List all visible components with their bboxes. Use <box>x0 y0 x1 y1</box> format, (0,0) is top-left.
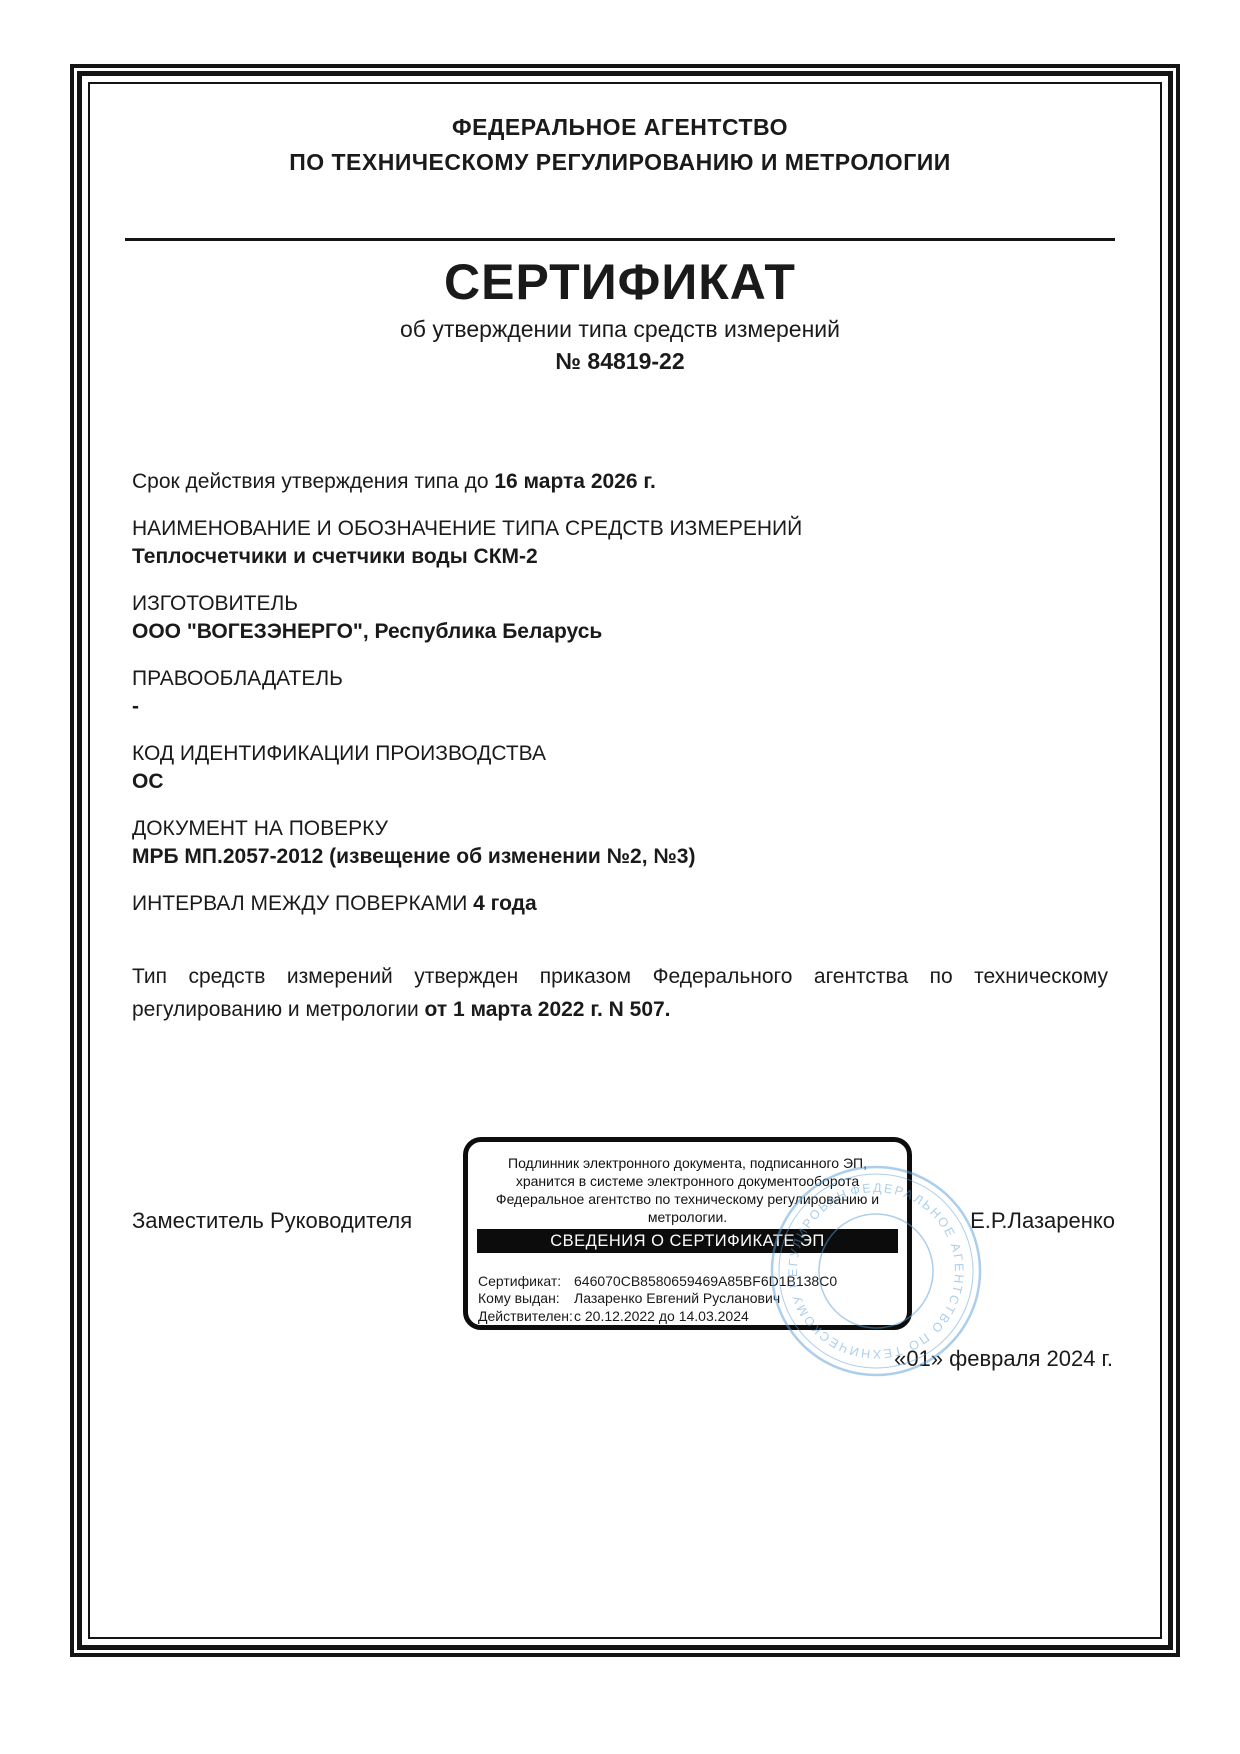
stamp-notice-line3: Федеральное агентство по техническому ре… <box>468 1190 907 1208</box>
field-manufacturer-label: ИЗГОТОВИТЕЛЬ <box>132 590 1108 618</box>
document-title: СЕРТИФИКАТ <box>132 253 1108 311</box>
stamp-notice-line2: хранится в системе электронного документ… <box>468 1172 907 1190</box>
field-verification-document: ДОКУМЕНТ НА ПОВЕРКУ МРБ МП.2057-2012 (из… <box>132 815 1108 871</box>
field-rights-holder-value: - <box>132 693 1108 721</box>
field-verification-interval: ИНТЕРВАЛ МЕЖДУ ПОВЕРКАМИ 4 года <box>132 890 1108 918</box>
certificate-page: { "header": { "line1": "ФЕДЕРАЛЬНОЕ АГЕН… <box>0 0 1240 1754</box>
agency-header-line2: ПО ТЕХНИЧЕСКОМУ РЕГУЛИРОВАНИЮ И МЕТРОЛОГ… <box>132 145 1108 180</box>
certificate-number: № 84819-22 <box>132 346 1108 376</box>
header-divider <box>125 238 1115 241</box>
stamp-row-issued-to: Кому выдан: Лазаренко Евгений Русланович <box>478 1290 907 1307</box>
field-production-code: КОД ИДЕНТИФИКАЦИИ ПРОИЗВОДСТВА ОС <box>132 740 1108 796</box>
field-rights-holder: ПРАВООБЛАДАТЕЛЬ - <box>132 665 1108 721</box>
stamp-certificate-value: 646070CB8580659469A85BF6D1B138C0 <box>574 1273 837 1290</box>
field-type-name-value: Теплосчетчики и счетчики воды СКМ-2 <box>132 543 1108 571</box>
document-subtitle: об утверждении типа средств измерений <box>132 314 1108 344</box>
stamp-notice-line4: метрологии. <box>468 1208 907 1226</box>
signatory-position: Заместитель Руководителя <box>132 1208 412 1234</box>
certificate-fields: Срок действия утверждения типа до 16 мар… <box>132 468 1108 918</box>
field-validity-label: Срок действия утверждения типа до <box>132 470 489 493</box>
field-manufacturer-value: ООО "ВОГЕЗЭНЕРГО", Республика Беларусь <box>132 618 1108 646</box>
field-production-code-value: ОС <box>132 768 1108 796</box>
field-verification-document-label: ДОКУМЕНТ НА ПОВЕРКУ <box>132 815 1108 843</box>
agency-header-line1: ФЕДЕРАЛЬНОЕ АГЕНТСТВО <box>132 110 1108 145</box>
field-validity-value: 16 марта 2026 г. <box>494 470 656 493</box>
field-production-code-label: КОД ИДЕНТИФИКАЦИИ ПРОИЗВОДСТВА <box>132 740 1108 768</box>
field-verification-document-value: МРБ МП.2057-2012 (извещение об изменении… <box>132 843 1108 871</box>
stamp-row-valid: Действителен: с 20.12.2022 до 14.03.2024 <box>478 1308 907 1325</box>
stamp-row-certificate: Сертификат: 646070CB8580659469A85BF6D1B1… <box>478 1273 907 1290</box>
agency-header: ФЕДЕРАЛЬНОЕ АГЕНТСТВО ПО ТЕХНИЧЕСКОМУ РЕ… <box>132 110 1108 180</box>
field-manufacturer: ИЗГОТОВИТЕЛЬ ООО "ВОГЕЗЭНЕРГО", Республи… <box>132 590 1108 646</box>
field-rights-holder-label: ПРАВООБЛАДАТЕЛЬ <box>132 665 1108 693</box>
stamp-banner: СВЕДЕНИЯ О СЕРТИФИКАТЕ ЭП <box>477 1229 898 1253</box>
stamp-valid-value: с 20.12.2022 до 14.03.2024 <box>574 1308 749 1325</box>
issue-date: «01» февраля 2024 г. <box>894 1346 1113 1372</box>
approval-paragraph: Тип средств измерений утвержден приказом… <box>132 960 1108 1026</box>
document-content: ФЕДЕРАЛЬНОЕ АГЕНТСТВО ПО ТЕХНИЧЕСКОМУ РЕ… <box>132 110 1108 1026</box>
field-validity: Срок действия утверждения типа до 16 мар… <box>132 468 1108 496</box>
field-type-name: НАИМЕНОВАНИЕ И ОБОЗНАЧЕНИЕ ТИПА СРЕДСТВ … <box>132 515 1108 571</box>
approval-paragraph-order: от 1 марта 2022 г. N 507. <box>425 998 671 1021</box>
signatory-name: Е.Р.Лазаренко <box>970 1208 1115 1234</box>
stamp-notice-line1: Подлинник электронного документа, подпис… <box>468 1154 907 1172</box>
field-verification-interval-value: 4 года <box>473 892 537 915</box>
stamp-valid-label: Действителен: <box>478 1308 574 1325</box>
stamp-details: Сертификат: 646070CB8580659469A85BF6D1B1… <box>478 1273 907 1325</box>
stamp-issued-to-label: Кому выдан: <box>478 1290 574 1307</box>
stamp-certificate-label: Сертификат: <box>478 1273 574 1290</box>
field-type-name-label: НАИМЕНОВАНИЕ И ОБОЗНАЧЕНИЕ ТИПА СРЕДСТВ … <box>132 515 1108 543</box>
stamp-issued-to-value: Лазаренко Евгений Русланович <box>574 1290 780 1307</box>
digital-signature-stamp: Подлинник электронного документа, подпис… <box>463 1137 912 1330</box>
field-verification-interval-label: ИНТЕРВАЛ МЕЖДУ ПОВЕРКАМИ <box>132 892 467 915</box>
stamp-notice: Подлинник электронного документа, подпис… <box>468 1154 907 1226</box>
